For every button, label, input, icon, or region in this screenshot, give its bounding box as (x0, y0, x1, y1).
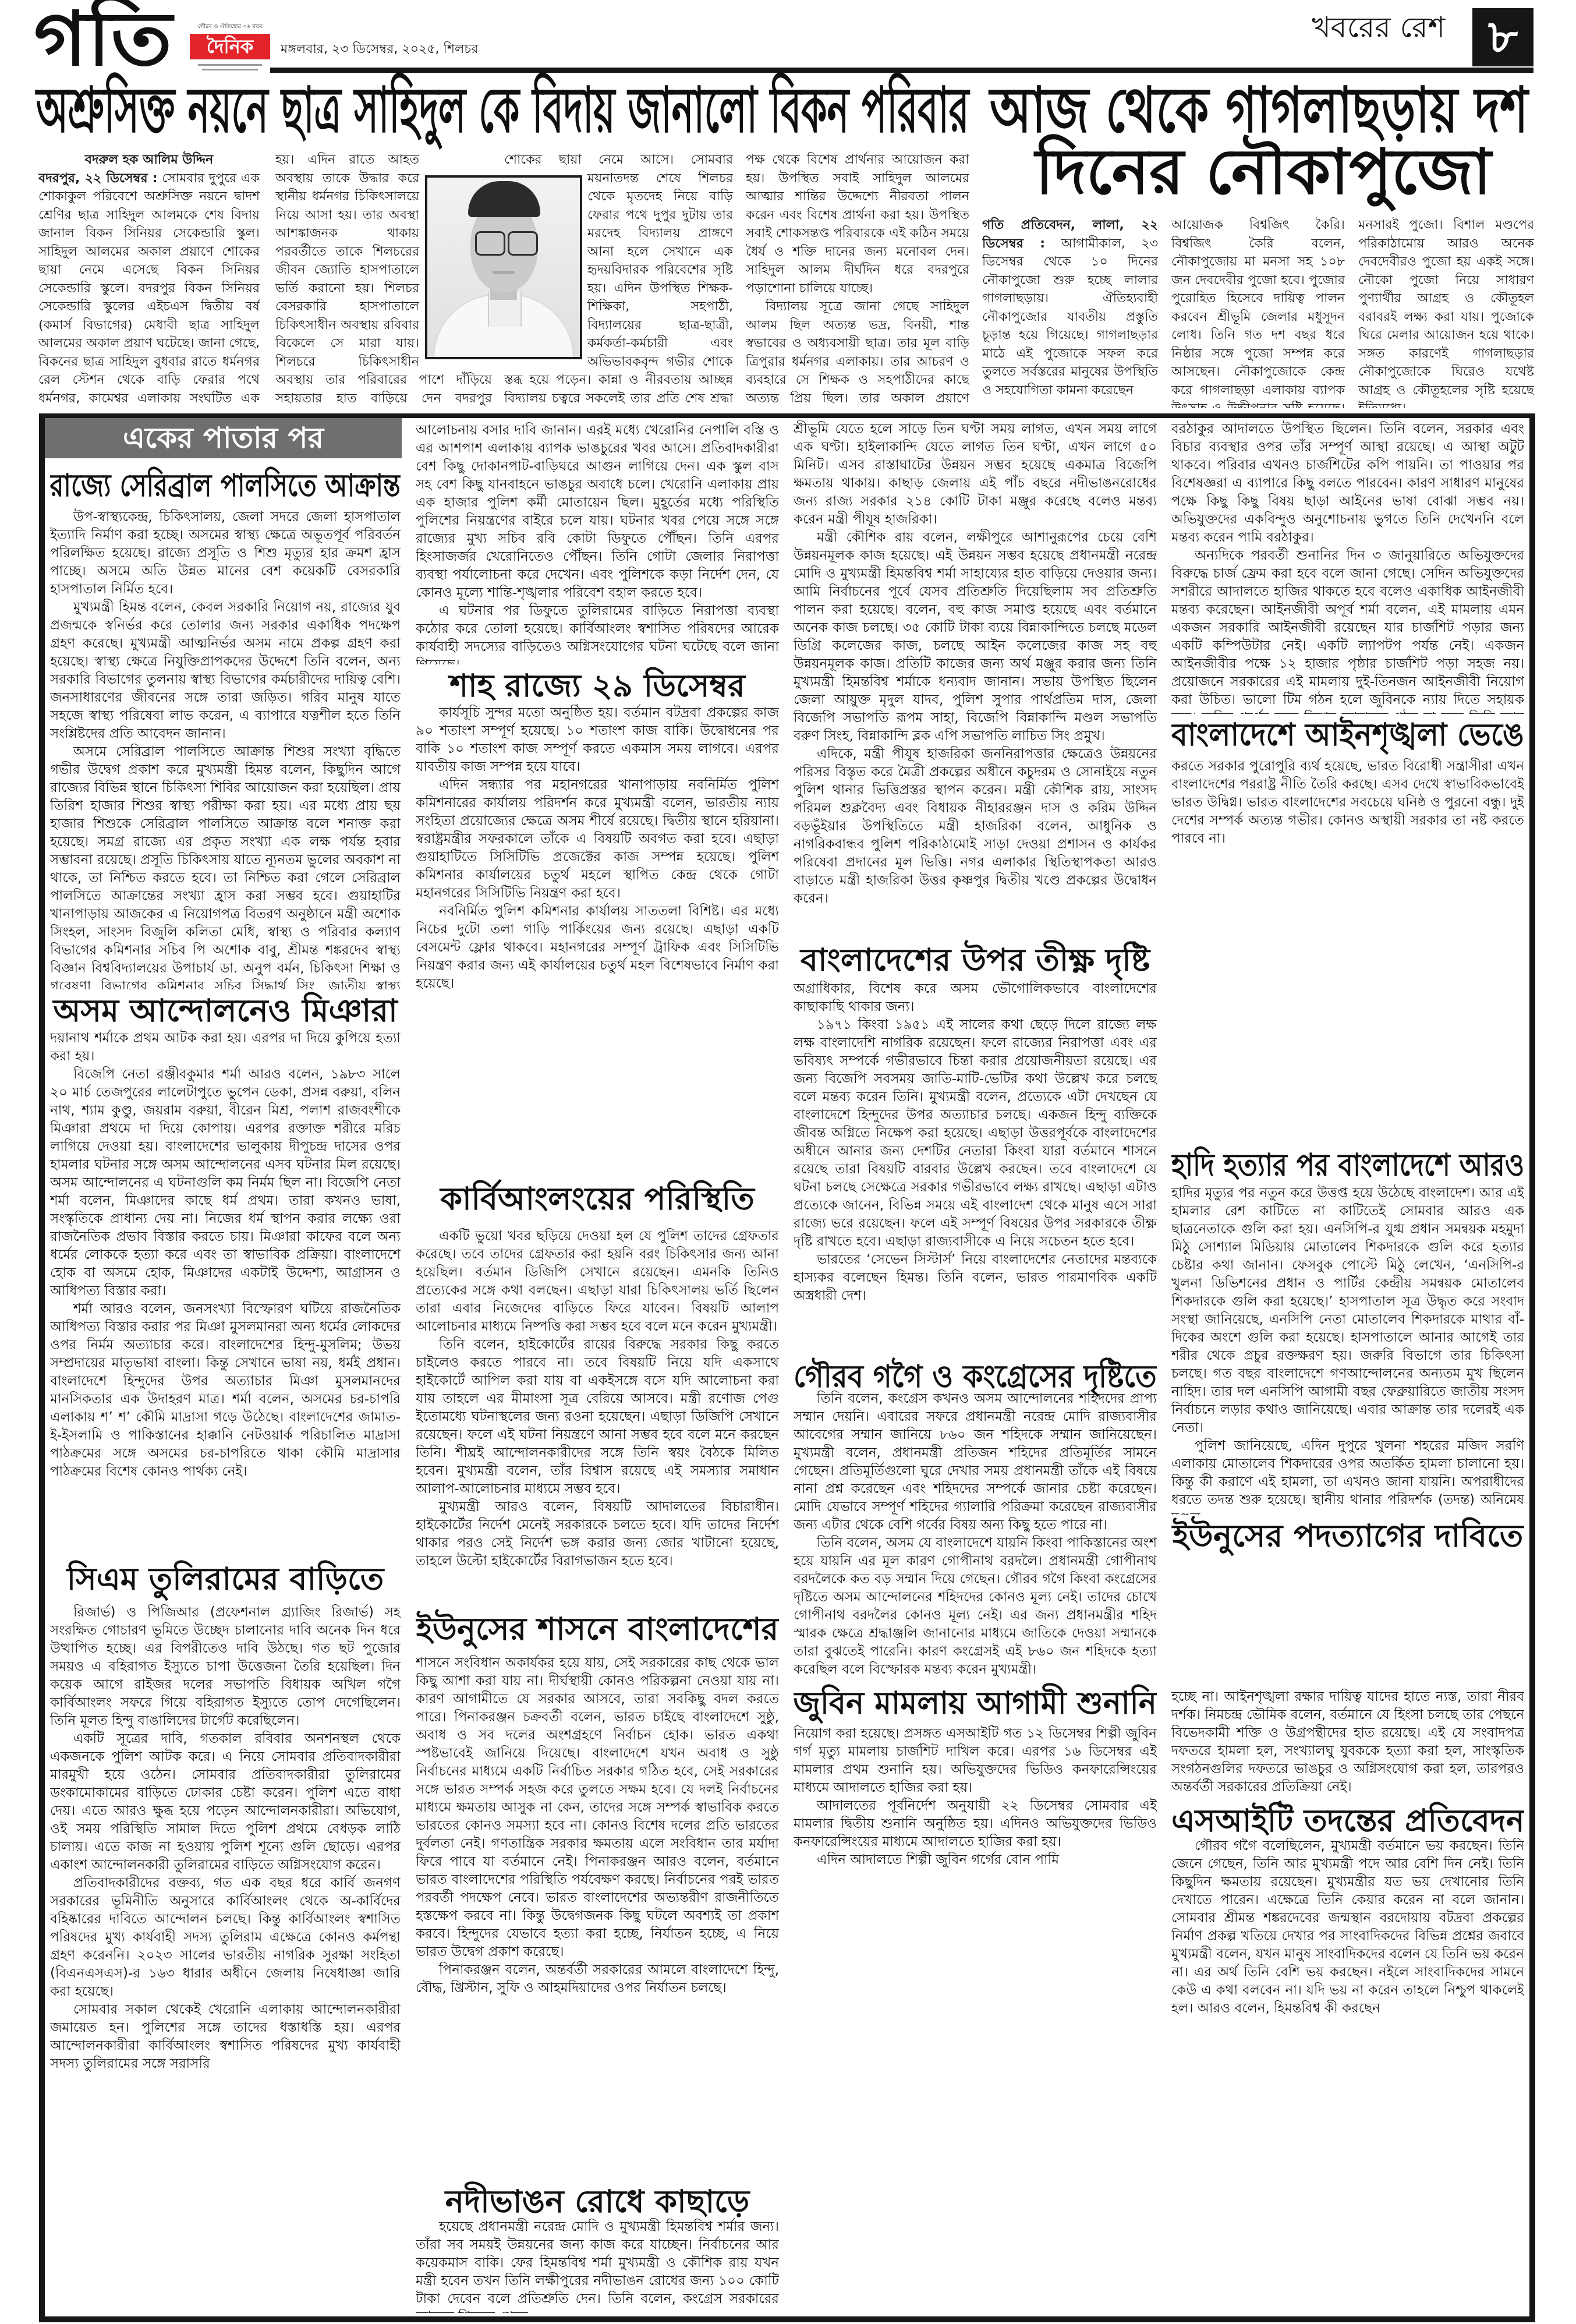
headline-yunus-rule: ইউনুসের শাসনে বাংলাদেশের (416, 1608, 779, 1651)
article-body: উপ-স্বাস্থ্যকেন্দ্র, চিকিৎসালয়, জেলা সদ… (50, 508, 401, 989)
photo-cap (468, 181, 540, 217)
paragraph: দয়ানাথ শর্মাকে প্রথম আটক করা হয়। এরপর … (50, 1030, 401, 1066)
second-story-column-3: মনসারই পুজো। বিশাল মণ্ডপের পরিকাঠামোয় আ… (1358, 216, 1534, 408)
headline-text: জুবিন মামলায় আগামী শুনানি (794, 1688, 1157, 1719)
headline-text: হাদি হত্যার পর বাংলাদেশে আরও (1171, 1149, 1524, 1181)
paragraph: মন্ত্রী কৌশিক রায় বলেন, লক্ষীপুরে আশানু… (794, 529, 1157, 745)
headline-text: বাংলাদেশের উপর তীক্ষ্ণ দৃষ্টি (801, 945, 1150, 976)
paragraph: তিনি বলেন, কংগ্রেস কখনও অসম আন্দোলনের শহ… (794, 1390, 1157, 1534)
paragraph: হয়েছে প্রধানমন্ত্রী নরেন্দ্র মোদি ও মুখ… (416, 2218, 779, 2313)
paragraph: কার্যসূচি সুন্দর মতো অনুষ্ঠিত হয়। বর্তম… (416, 704, 779, 776)
headline-hadi-killing: হাদি হত্যার পর বাংলাদেশে আরও (1171, 1144, 1524, 1187)
paragraph: শ্রীভূমি যেতে হলে সাড়ে তিন ঘণ্টা সময় ল… (794, 420, 1157, 529)
headline-assam-movement: অসম আন্দোলনেও মিঞারা (50, 989, 401, 1032)
paragraph: নবনির্মিত পুলিশ কমিশনার কার্যালয় সাততলা… (416, 903, 779, 993)
badge-tagline: গৌরব ও ঐতিহ্যের ৩৬ বছর (190, 22, 270, 31)
article-body: করতে সরকার পুরোপুরি ব্যর্থ হয়েছে, ভারত … (1171, 758, 1524, 1144)
paragraph: হচ্ছে না। আইনশৃঙ্খলা রক্ষার দায়িত্ব যাদ… (1171, 1688, 1524, 1796)
headline-text: কার্বিআংলংয়ের পরিস্থিতি (440, 1183, 755, 1215)
photo-glasses (475, 231, 505, 256)
paragraph: উপ-স্বাস্থ্যকেন্দ্র, চিকিৎসালয়, জেলা সদ… (50, 508, 401, 599)
headline-karbi-anglong: কার্বিআংলংয়ের পরিস্থিতি (416, 1177, 779, 1221)
page-number-box: ৮ (1472, 8, 1533, 66)
headline-text: বাংলাদেশে আইনশৃঙ্খলা ভেঙে (1171, 719, 1524, 751)
article-body: অগ্রাধিকার, বিশেষ করে অসম ভৌগোলিকভাবে বা… (794, 980, 1157, 1355)
paragraph: আলোচনায় বসার দাবি জানান। এরই মধ্যে খেরো… (416, 422, 779, 602)
paragraph-text: সোমবার দুপুরে এক শোকাকুল পরিবেশে অশ্রুসি… (38, 171, 260, 409)
byline: বদরুল হক আলিম উদ্দিন (38, 151, 260, 169)
article-body: একটি ভুয়ো খবর ছড়িয়ে দেওয়া হল যে পুলি… (416, 1228, 779, 1607)
paragraph: মুখ্যমন্ত্রী আরও বলেন, বিষয়টি আদালতের ব… (416, 1498, 779, 1570)
headline-text: সিএম তুলিরামের বাড়িতে (67, 1564, 384, 1595)
continued-section-label: একের পাতার পর (45, 418, 402, 458)
paragraph-text: আগামীকাল, ২৩ ডিসেম্বর থেকে ১০ দিনের নৌকা… (982, 236, 1158, 398)
paragraph: সোমবার সকাল থেকেই খেরোনি এলাকায় আন্দোলন… (50, 2001, 401, 2073)
paragraph: প্রতিবাদকারীদের বক্তব্য, গত এক বছর ধরে ক… (50, 1874, 401, 2001)
paragraph: পক্ষ থেকে বিশেষ প্রার্থনার আয়োজন করা হয… (746, 151, 969, 298)
paragraph: বদরপুর, ২২ ডিসেম্বর : সোমবার দুপুরে এক শ… (38, 169, 260, 409)
headline-text: অসম আন্দোলনেও মিঞারা (53, 995, 397, 1027)
paragraph: ভারতের ‘সেভেন সিস্টার্স’ নিয়ে বাংলাদেশে… (794, 1251, 1157, 1305)
article-body: আলোচনায় বসার দাবি জানান। এরই মধ্যে খেরো… (416, 422, 779, 664)
headline-text: ইউনুসের শাসনে বাংলাদেশের (416, 1614, 779, 1645)
photo-glasses (508, 231, 538, 256)
badge-fine-print (202, 69, 258, 70)
paragraph: মনসারই পুজো। বিশাল মণ্ডপের পরিকাঠামোয় আ… (1358, 216, 1534, 408)
article-body: দয়ানাথ শর্মাকে প্রথম আটক করা হয়। এরপর … (50, 1030, 401, 1557)
paragraph: শাসনে সংবিধান অকার্যকর হয়ে যায়, সেই সর… (416, 1654, 779, 1961)
lead-story-headline: অশ্রুসিক্ত নয়নে ছাত্র সাহিদুল কে বিদায়… (36, 75, 969, 147)
logo-text: গতি (34, 1, 172, 78)
badge-fine-print (198, 64, 262, 66)
paragraph: অন্যদিকে পরবর্তী শুনানির দিন ৩ জানুয়ারি… (1171, 547, 1524, 714)
article-body: হচ্ছে না। আইনশৃঙ্খলা রক্ষার দায়িত্ব যাদ… (1171, 1688, 1524, 1800)
article-body: কার্যসূচি সুন্দর মতো অনুষ্ঠিত হয়। বর্তম… (416, 704, 779, 1177)
headline-zubeen-case-hearing: জুবিন মামলায় আগামী শুনানি (794, 1682, 1157, 1725)
headline-text: এসআইটি তদন্তের প্রতিবেদন (1171, 1805, 1524, 1837)
badge-title: দৈনিক (190, 34, 270, 59)
article-body: শাসনে সংবিধান অকার্যকর হয়ে যায়, সেই সর… (416, 1654, 779, 2180)
paragraph: গৌরব গগৈ বলেছিলেন, মুখ্যমন্ত্রী বর্তমানে… (1171, 1837, 1524, 2018)
issue-date-line: মঙ্গলবার, ২৩ ডিসেম্বর, ২০২৫, শিলচর (281, 41, 478, 58)
paragraph: অগ্রাধিকার, বিশেষ করে অসম ভৌগোলিকভাবে বা… (794, 980, 1157, 1016)
headline-text: রাজ্যে সেরিব্রাল পালসিতে আক্রান্ত (50, 470, 401, 501)
paragraph: শর্মা আরও বলেন, জনসংখ্যা বিস্ফোরণ ঘটিয়ে… (50, 1300, 401, 1481)
paragraph: এদিন আদালতে শিল্পী জুবিন গর্গের বোন পামি (794, 1851, 1157, 1869)
paragraph: করতে সরকার পুরোপুরি ব্যর্থ হয়েছে, ভারত … (1171, 758, 1524, 848)
headline-bangladesh-law-order: বাংলাদেশে আইনশৃঙ্খলা ভেঙে (1171, 713, 1524, 756)
article-body: রিজার্ভ) ও পিজিআর (প্রফেশনাল গ্র্যাজিং র… (50, 1604, 401, 2313)
paragraph: মুখ্যমন্ত্রী হিমন্ত বলেন, কেবল সরকারি নি… (50, 599, 401, 743)
paragraph: বরঠাকুর আদালতে উপস্থিত ছিলেন। তিনি বলেন,… (1171, 420, 1524, 547)
paragraph: নিয়োগ করা হয়েছে। প্রসঙ্গত এসআইটি গত ১২… (794, 1725, 1157, 1797)
second-story-column-2: আয়োজক বিশ্বজিৎ কৈরি। বিশ্বজিৎ কৈরি বলেন… (1171, 216, 1345, 408)
paragraph: পিনাকরঞ্জন বলেন, অন্তর্বর্তী সরকারের আমল… (416, 1961, 779, 1997)
section-name-text: খবরের রেশ (1312, 9, 1445, 45)
second-story-headline-line2: দিনের নৌকাপুজো (990, 136, 1537, 208)
second-story-column-1: গতি প্রতিবেদন, লালা, ২২ ডিসেম্বর : আগামী… (982, 216, 1158, 408)
paragraph: তিনি বলেন, অসম যে বাংলাদেশে যায়নি কিংবা… (794, 1534, 1157, 1679)
article-body: গৌরব গগৈ বলেছিলেন, মুখ্যমন্ত্রী বর্তমানে… (1171, 1837, 1524, 2313)
headline-bangladesh-watch: বাংলাদেশের উপর তীক্ষ্ণ দৃষ্টি (794, 939, 1157, 982)
paragraph: বিদ্যালয় সূত্রে জানা গেছে সাহিদুল আলম ছ… (746, 298, 969, 408)
paragraph: ১৯৭১ কিংবা ১৯৫১ এই সালের কথা ছেড়ে দিলে … (794, 1016, 1157, 1251)
paragraph: পুলিশ জানিয়েছে, এদিন দুপুরে খুলনা শহরের… (1171, 1437, 1524, 1515)
paragraph: একটি সূত্রের দাবি, গতকাল রবিবার অনশনস্থল… (50, 1730, 401, 1874)
lead-story-column-4: পক্ষ থেকে বিশেষ প্রার্থনার আয়োজন করা হয… (746, 151, 969, 408)
page-number: ৮ (1488, 11, 1518, 63)
second-story-headline-text: দিনের নৌকাপুজো (1035, 136, 1491, 208)
headline-text: শাহ রাজ্যে ২৯ ডিসেম্বর (449, 670, 745, 702)
photo-mouth (493, 271, 515, 274)
article-body: তিনি বলেন, কংগ্রেস কখনও অসম আন্দোলনের শহ… (794, 1390, 1157, 1681)
paragraph: আয়োজক বিশ্বজিৎ কৈরি। বিশ্বজিৎ কৈরি বলেন… (1171, 216, 1345, 408)
paragraph: এদিকে, মন্ত্রী পীযূষ হাজরিকা জননিরাপত্তা… (794, 745, 1157, 908)
headline-shah-visit: শাহ রাজ্যে ২৯ ডিসেম্বর (416, 664, 779, 708)
lead-story-column-1: বদরুল হক আলিম উদ্দিন বদরপুর, ২২ ডিসেম্বর… (38, 151, 260, 408)
edition-badge: গৌরব ও ঐতিহ্যের ৩৬ বছর দৈনিক (190, 22, 270, 73)
headline-cerebral-palsy: রাজ্যে সেরিব্রাল পালসিতে আক্রান্ত (50, 464, 401, 507)
headline-river-erosion: নদীভাঙন রোধে কাছাড়ে (416, 2180, 779, 2223)
masthead-rule (270, 68, 1533, 73)
headline-yunus-resignation-demand: ইউনুসের পদত্যাগের দাবিতে (1171, 1515, 1524, 1558)
paragraph: তিনি বলেন, হাইকোর্টের রায়ের বিরুদ্ধে সর… (416, 1336, 779, 1498)
headline-text: ইউনুসের পদত্যাগের দাবিতে (1173, 1520, 1523, 1552)
article-body: হয়েছে প্রধানমন্ত্রী নরেন্দ্র মোদি ও মুখ… (416, 2218, 779, 2313)
paragraph: আদালতের পূর্বনির্দেশ অনুযায়ী ২২ ডিসেম্ব… (794, 1797, 1157, 1851)
student-portrait-photo (425, 175, 582, 359)
paragraph: রিজার্ভ) ও পিজিআর (প্রফেশনাল গ্র্যাজিং র… (50, 1604, 401, 1730)
headline-cem-tuliram-house: সিএম তুলিরামের বাড়িতে (50, 1558, 401, 1601)
newspaper-logo: গতি (34, 1, 172, 78)
section-name: খবরের রেশ (1281, 9, 1445, 45)
lead-story-headline-text: অশ্রুসিক্ত নয়নে ছাত্র সাহিদুল কে বিদায়… (36, 75, 969, 147)
article-body: বরঠাকুর আদালতে উপস্থিত ছিলেন। তিনি বলেন,… (1171, 420, 1524, 714)
story-dateline: বদরপুর, ২২ ডিসেম্বর : (38, 171, 158, 186)
paragraph: এ ঘটনার পর ডিফুতে তুলিরামের বাড়িতে নিরা… (416, 602, 779, 664)
paragraph: হাদির মৃত্যুর পর নতুন করে উত্তপ্ত হয়ে উ… (1171, 1184, 1524, 1437)
article-body: হাদির মৃত্যুর পর নতুন করে উত্তপ্ত হয়ে উ… (1171, 1184, 1524, 1515)
article-body: নিয়োগ করা হয়েছে। প্রসঙ্গত এসআইটি গত ১২… (794, 1725, 1157, 2313)
headline-text: গৌরব গগৈ ও কংগ্রেসের দৃষ্টিতে (794, 1361, 1157, 1392)
paragraph: একটি ভুয়ো খবর ছড়িয়ে দেওয়া হল যে পুলি… (416, 1228, 779, 1336)
paragraph: অসমে সেরিব্রাল পালসিতে আক্রান্ত শিশুর সং… (50, 743, 401, 989)
paragraph: বিজেপি নেতা রঞ্জীবকুমার শর্মা আরও বলেন, … (50, 1066, 401, 1300)
headline-sit-report: এসআইটি তদন্তের প্রতিবেদন (1171, 1799, 1524, 1842)
article-body: শ্রীভূমি যেতে হলে সাড়ে তিন ঘণ্টা সময় ল… (794, 420, 1157, 939)
paragraph: এদিন সন্ধ্যার পর মহানগরের খানাপাড়ায় নব… (416, 776, 779, 903)
paragraph: গতি প্রতিবেদন, লালা, ২২ ডিসেম্বর : আগামী… (982, 216, 1158, 399)
headline-text: নদীভাঙন রোধে কাছাড়ে (445, 2186, 750, 2217)
